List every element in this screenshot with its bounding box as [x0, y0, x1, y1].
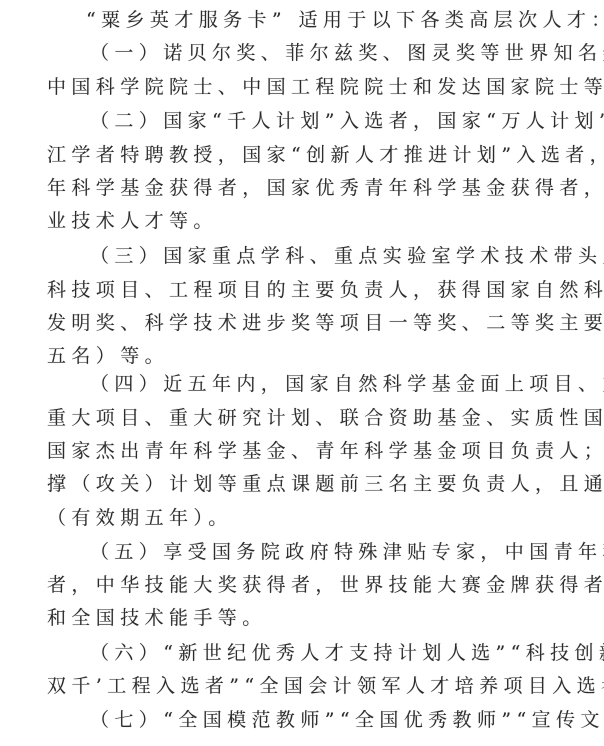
paragraph-1-line-1: （一）诺贝尔奖、菲尔兹奖、图灵奖等世界知名奖项获得者， [90, 36, 604, 70]
paragraph-4-line-3: 国家杰出青年科学基金、青年科学基金项目负责人；国家科技支 [47, 434, 604, 468]
paragraph-6-line-2: 双千’工程入选者”“全国会计领军人才培养项目入选者”。 [47, 669, 604, 703]
paragraph-3-line-3: 发明奖、科学技术进步奖等项目一等奖、二等奖主要完成人（前 [47, 306, 604, 340]
paragraph-4-line-2: 重大项目、重大研究计划、联合资助基金、实质性国际合作研究、 [47, 401, 604, 435]
paragraph-4-line-1: （四）近五年内，国家自然科学基金面上项目、重点项目、 [90, 367, 604, 401]
paragraph-5-line-1: （五）享受国务院政府特殊津贴专家，中国青年科技奖获得 [90, 535, 604, 569]
paragraph-2-line-2: 江学者特聘教授，国家“创新人才推进计划”入选者，国家杰出青 [47, 138, 604, 172]
paragraph-5-line-2: 者，中华技能大奖获得者，世界技能大赛金牌获得者及其主教练 [47, 568, 604, 602]
document-heading: “粟乡英才服务卡” 适用于以下各类高层次人才： [86, 3, 604, 37]
paragraph-2-line-1: （二）国家“千人计划”入选者，国家“万人计划”入选者，长 [90, 104, 604, 138]
paragraph-5-line-3: 和全国技术能手等。 [47, 601, 267, 635]
paragraph-4-line-4: 撑（攻关）计划等重点课题前三名主要负责人，且通过结题验收 [47, 467, 604, 501]
paragraph-7-line-1: （七）“全国模范教师”“全国优秀教师”“宣传文化系统‘四个 [90, 703, 604, 737]
paragraph-4-line-5: （有效期五年）。 [47, 501, 233, 535]
paragraph-3-line-2: 科技项目、工程项目的主要负责人，获得国家自然科学奖、技术 [47, 273, 604, 307]
paragraph-1-line-2: 中国科学院院士、中国工程院院士和发达国家院士等。 [47, 70, 604, 104]
paragraph-2-line-3: 年科学基金获得者，国家优秀青年科学基金获得者，全国杰出专 [47, 171, 604, 205]
paragraph-2-line-4: 业技术人才等。 [47, 204, 218, 238]
paragraph-6-line-1: （六）“新世纪优秀人才支持计划人选”“科技创新英才‘双百 [90, 636, 604, 670]
paragraph-3-line-1: （三）国家重点学科、重点实验室学术技术带头人，国家级 [90, 239, 604, 273]
